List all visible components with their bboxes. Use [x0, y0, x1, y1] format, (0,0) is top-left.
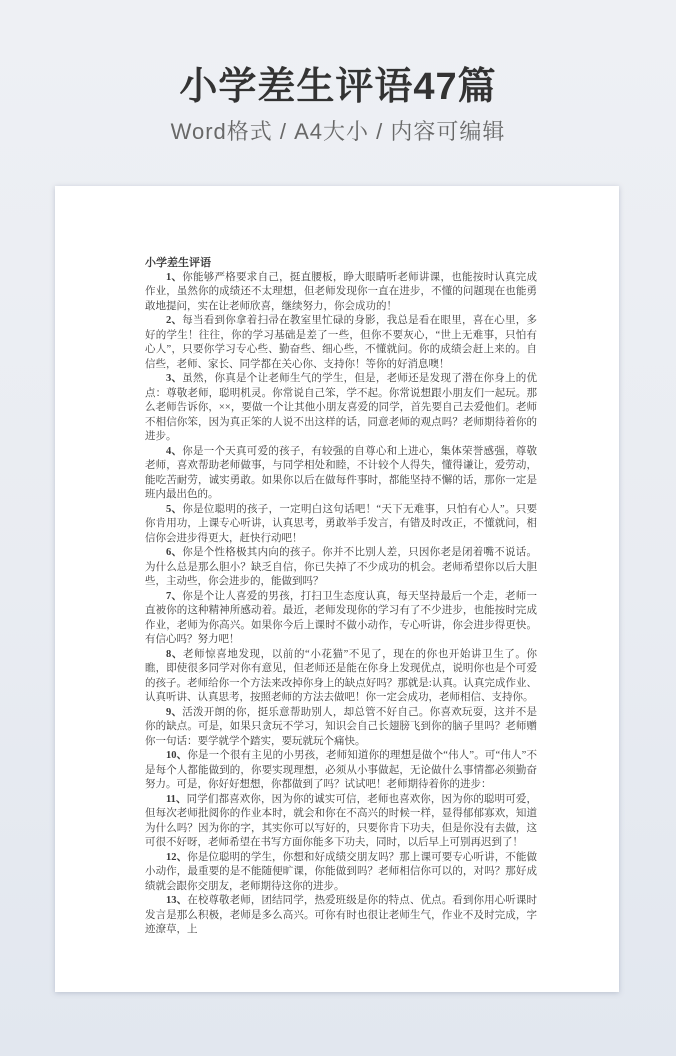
doc-paragraph: 11、同学们都喜欢你，因为你的诚实可信，老师也喜欢你，因为你的聪明可爱，但每次老… [145, 793, 537, 851]
paragraph-text: 你是位聪明的孩子，一定明白这句话吧！“天下无难事，只怕有心人”。只要你肯用功，上… [145, 504, 537, 544]
document-preview-paper: 小学差生评语 1、你能够严格要求自己，挺直腰板，睁大眼睛听老师讲课，也能按时认真… [55, 186, 619, 992]
doc-paragraph: 12、你是位聪明的学生，你想和好成绩交朋友吗？那上课可要专心听讲，不能做小动作，… [145, 851, 537, 895]
document-title: 小学差生评语 [145, 256, 537, 271]
paragraph-text: 你能够严格要求自己，挺直腰板，睁大眼睛听老师讲课，也能按时认真完成作业，虽然你的… [145, 272, 537, 312]
document-content: 小学差生评语 1、你能够严格要求自己，挺直腰板，睁大眼睛听老师讲课，也能按时认真… [145, 256, 537, 938]
paragraph-number: 1、 [166, 272, 182, 283]
paragraph-text: 每当看到你拿着扫帚在教室里忙碌的身影，我总是看在眼里，喜在心里，多好的学生！往往… [145, 315, 537, 370]
doc-paragraph: 3、虽然，你真是个让老师生气的学生，但是，老师还是发现了潜在你身上的优点：尊敬老… [145, 372, 537, 445]
paragraph-text: 虽然，你真是个让老师生气的学生，但是，老师还是发现了潜在你身上的优点：尊敬老师，… [145, 373, 537, 442]
doc-paragraph: 8、老师惊喜地发现，以前的“小花猫”不见了，现在的你也开始讲卫生了。你瞧，即使很… [145, 648, 537, 706]
paragraph-number: 12、 [166, 852, 187, 863]
paragraph-text: 在校尊敬老师，团结同学，热爱班级是你的特点、优点。看到你用心听课时发言是那么积极… [145, 895, 537, 935]
paragraph-text: 你是位聪明的学生，你想和好成绩交朋友吗？那上课可要专心听讲，不能做小动作，最重要… [145, 852, 537, 892]
doc-paragraph: 4、你是一个天真可爱的孩子，有较强的自尊心和上进心，集体荣誉感强，尊敬老师，喜欢… [145, 445, 537, 503]
paragraph-text: 你是一个天真可爱的孩子，有较强的自尊心和上进心，集体荣誉感强，尊敬老师，喜欢帮助… [145, 446, 537, 501]
doc-paragraph: 13、在校尊敬老师，团结同学，热爱班级是你的特点、优点。看到你用心听课时发言是那… [145, 894, 537, 938]
doc-paragraph: 5、你是位聪明的孩子，一定明白这句话吧！“天下无难事，只怕有心人”。只要你肯用功… [145, 503, 537, 547]
paragraph-number: 8、 [166, 649, 183, 660]
page-title: 小学差生评语47篇 [0, 64, 676, 110]
paragraph-number: 3、 [166, 373, 182, 384]
paragraph-number: 13、 [166, 895, 187, 906]
paragraph-number: 4、 [166, 446, 182, 457]
paragraph-text: 活泼开朗的你，挺乐意帮助别人，却总管不好自己。你喜欢玩耍，这并不是你的缺点。可是… [145, 707, 537, 747]
paragraph-text: 你是个性格极其内向的孩子。你并不比别人差，只因你老是闭着嘴不说话。为什么总是那么… [145, 547, 537, 587]
paragraph-number: 6、 [166, 547, 182, 558]
doc-paragraph: 9、活泼开朗的你，挺乐意帮助别人，却总管不好自己。你喜欢玩耍，这并不是你的缺点。… [145, 706, 537, 750]
doc-paragraph: 2、每当看到你拿着扫帚在教室里忙碌的身影，我总是看在眼里，喜在心里，多好的学生！… [145, 314, 537, 372]
paragraph-text: 你是一个很有主见的小男孩，老师知道你的理想是做个“伟人”。可“伟人”不是每个人都… [145, 750, 537, 790]
paragraph-number: 2、 [166, 315, 182, 326]
page-subtitle: Word格式 / A4大小 / 内容可编辑 [0, 119, 676, 145]
paragraph-text: 老师惊喜地发现，以前的“小花猫”不见了，现在的你也开始讲卫生了。你瞧，即使很多同… [145, 649, 537, 704]
doc-paragraph: 6、你是个性格极其内向的孩子。你并不比别人差，只因你老是闭着嘴不说话。为什么总是… [145, 546, 537, 590]
doc-paragraph: 10、你是一个很有主见的小男孩，老师知道你的理想是做个“伟人”。可“伟人”不是每… [145, 749, 537, 793]
paragraph-number: 9、 [166, 707, 182, 718]
paragraph-number: 5、 [166, 504, 182, 515]
paragraph-number: 11、 [166, 794, 187, 805]
header: 小学差生评语47篇 Word格式 / A4大小 / 内容可编辑 [0, 0, 676, 145]
doc-paragraph: 7、你是个让人喜爱的男孩，打扫卫生态度认真，每天坚持最后一个走，老师一直被你的这… [145, 590, 537, 648]
paragraph-number: 10、 [166, 750, 187, 761]
doc-paragraph: 1、你能够严格要求自己，挺直腰板，睁大眼睛听老师讲课，也能按时认真完成作业，虽然… [145, 271, 537, 315]
paragraph-text: 同学们都喜欢你，因为你的诚实可信，老师也喜欢你，因为你的聪明可爱，但每次老师批阅… [145, 794, 537, 849]
paragraph-text: 你是个让人喜爱的男孩，打扫卫生态度认真，每天坚持最后一个走，老师一直被你的这种精… [145, 591, 537, 646]
paragraph-number: 7、 [166, 591, 182, 602]
